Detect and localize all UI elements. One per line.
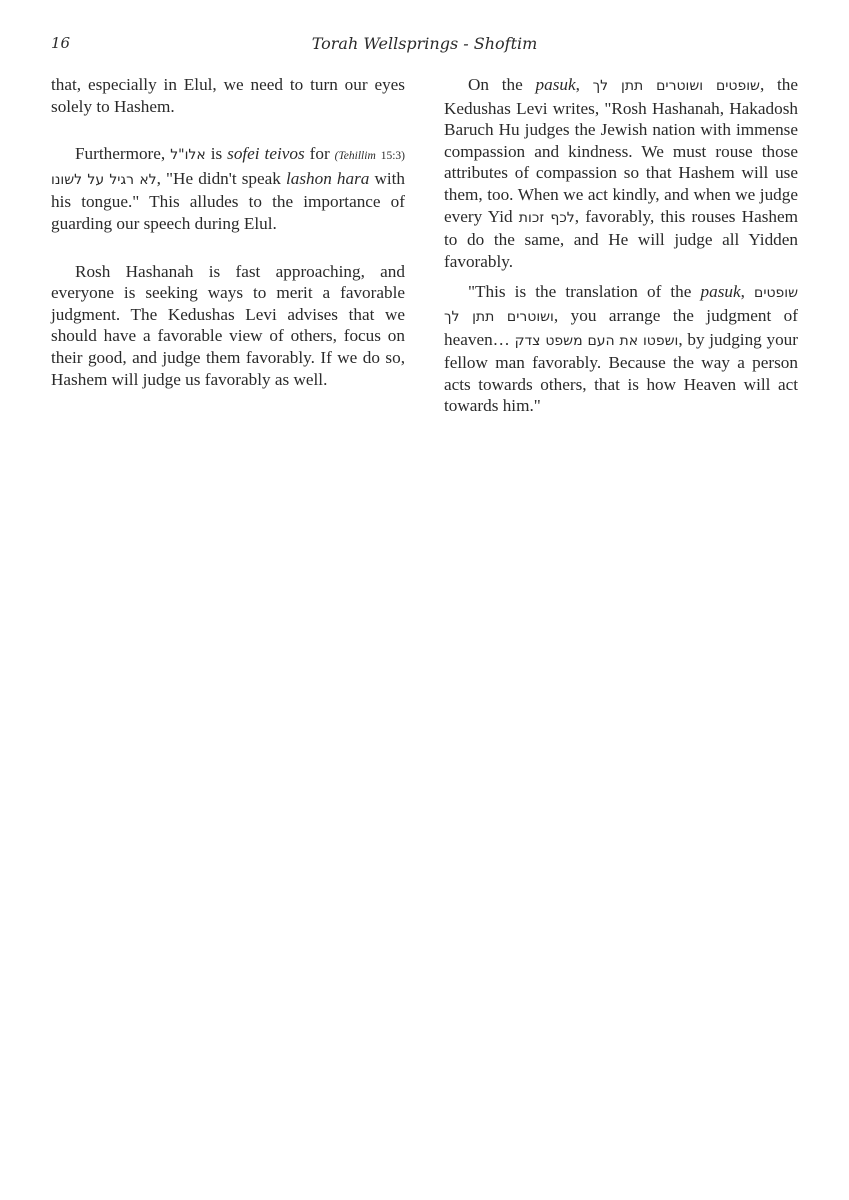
left-column: that, especially in Elul, we need to tur…: [51, 74, 405, 390]
term-lashon-hara: lashon hara: [286, 169, 369, 188]
paragraph-kedushas-levi: On the pasuk, שופטים ושוטרים תתן לך, the…: [444, 74, 798, 272]
term-sofei-teivos: sofei teivos: [227, 144, 305, 163]
hebrew-acronym-elul: אלו"ל: [170, 147, 206, 163]
citation-reference: 15:3): [381, 150, 405, 162]
paragraph-translation: "This is the translation of the pasuk, ש…: [444, 281, 798, 417]
hebrew-pasuk-shoftim: שופטים ושוטרים תתן לך: [593, 78, 760, 94]
paragraph-elul-focus: that, especially in Elul, we need to tur…: [51, 74, 405, 117]
book-title: Torah Wellsprings - Shoftim: [51, 34, 798, 53]
right-column: On the pasuk, שופטים ושוטרים תתן לך, the…: [444, 74, 798, 417]
paragraph-rosh-hashanah: Rosh Hashanah is fast approaching, and e…: [51, 261, 405, 391]
hebrew-verse-mishpat-tzedek: ושפטו את העם משפט צדק: [515, 333, 679, 349]
hebrew-lechaf-zechus: לכף זכות: [519, 210, 575, 226]
citation-source: (Tehillim: [335, 150, 376, 162]
term-pasuk: pasuk: [701, 282, 741, 301]
paragraph-elul-acronym: Furthermore, אלו"ל is sofei teivos for (…: [51, 143, 405, 234]
term-pasuk: pasuk: [536, 75, 576, 94]
running-header: 16 Torah Wellsprings - Shoftim: [51, 32, 798, 58]
hebrew-verse-tehillim: לא רגיל על לשונו: [51, 172, 157, 188]
